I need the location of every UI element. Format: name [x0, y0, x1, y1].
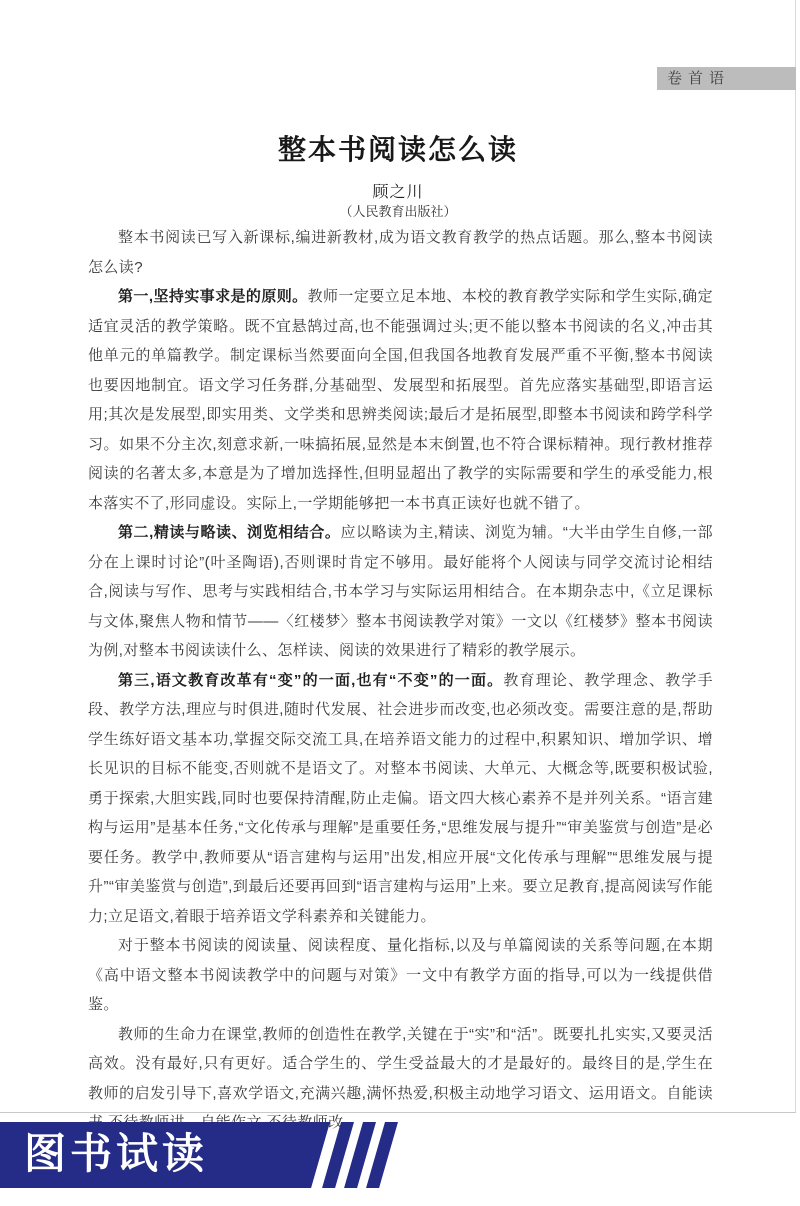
banner-label: 图书试读: [24, 1122, 208, 1188]
preview-banner: 图书试读: [0, 1122, 800, 1188]
article-title: 整本书阅读怎么读: [0, 128, 796, 168]
paragraph-closing: 教师的生命力在课堂,教师的创造性在教学,关键在于“实”和“活”。既要扎扎实实,又…: [88, 1020, 713, 1138]
paragraph-lead: 第三,语文教育改革有“变”的一面,也有“不变”的一面。: [118, 672, 503, 689]
paragraph-third-point: 第三,语文教育改革有“变”的一面,也有“不变”的一面。教育理论、教学理念、教学手…: [88, 666, 713, 932]
paragraph-text: 应以略读为主,精读、浏览为辅。“大半由学生自修,一部分在上课时讨论”(叶圣陶语)…: [88, 524, 713, 659]
paragraph-text: 对于整本书阅读的阅读量、阅读程度、量化指标,以及与单篇阅读的关系等问题,在本期《…: [88, 937, 713, 1013]
paragraph-second-point: 第二,精读与略读、浏览相结合。应以略读为主,精读、浏览为辅。“大半由学生自修,一…: [88, 518, 713, 666]
paragraph-text: 整本书阅读已写入新课标,编进新教材,成为语文教育教学的热点话题。那么,整本书阅读…: [88, 229, 713, 276]
author-affiliation: （人民教育出版社）: [0, 201, 796, 220]
article-body: 整本书阅读已写入新课标,编进新教材,成为语文教育教学的热点话题。那么,整本书阅读…: [88, 223, 713, 1138]
paragraph-first-point: 第一,坚持实事求是的原则。教师一定要立足本地、本校的教育教学实际和学生实际,确定…: [88, 282, 713, 518]
paragraph-lead: 第一,坚持实事求是的原则。: [118, 288, 308, 305]
paragraph-text: 教师的生命力在课堂,教师的创造性在教学,关键在于“实”和“活”。既要扎扎实实,又…: [88, 1026, 713, 1132]
section-tag: 卷首语: [657, 67, 796, 90]
paragraph-reference: 对于整本书阅读的阅读量、阅读程度、量化指标,以及与单篇阅读的关系等问题,在本期《…: [88, 931, 713, 1020]
paragraph-intro: 整本书阅读已写入新课标,编进新教材,成为语文教育教学的热点话题。那么,整本书阅读…: [88, 223, 713, 282]
author-name: 顾之川: [0, 179, 796, 202]
paragraph-lead: 第二,精读与略读、浏览相结合。: [118, 524, 340, 541]
paragraph-text: 教育理论、教学理念、教学手段、教学方法,理应与时俱进,随时代发展、社会进步而改变…: [88, 672, 713, 925]
footer-divider: [0, 1112, 796, 1113]
paragraph-text: 教师一定要立足本地、本校的教育教学实际和学生实际,确定适宜灵活的教学策略。既不宜…: [88, 288, 713, 512]
journal-page: 卷首语 整本书阅读怎么读 顾之川 （人民教育出版社） 整本书阅读已写入新课标,编…: [0, 0, 800, 1206]
